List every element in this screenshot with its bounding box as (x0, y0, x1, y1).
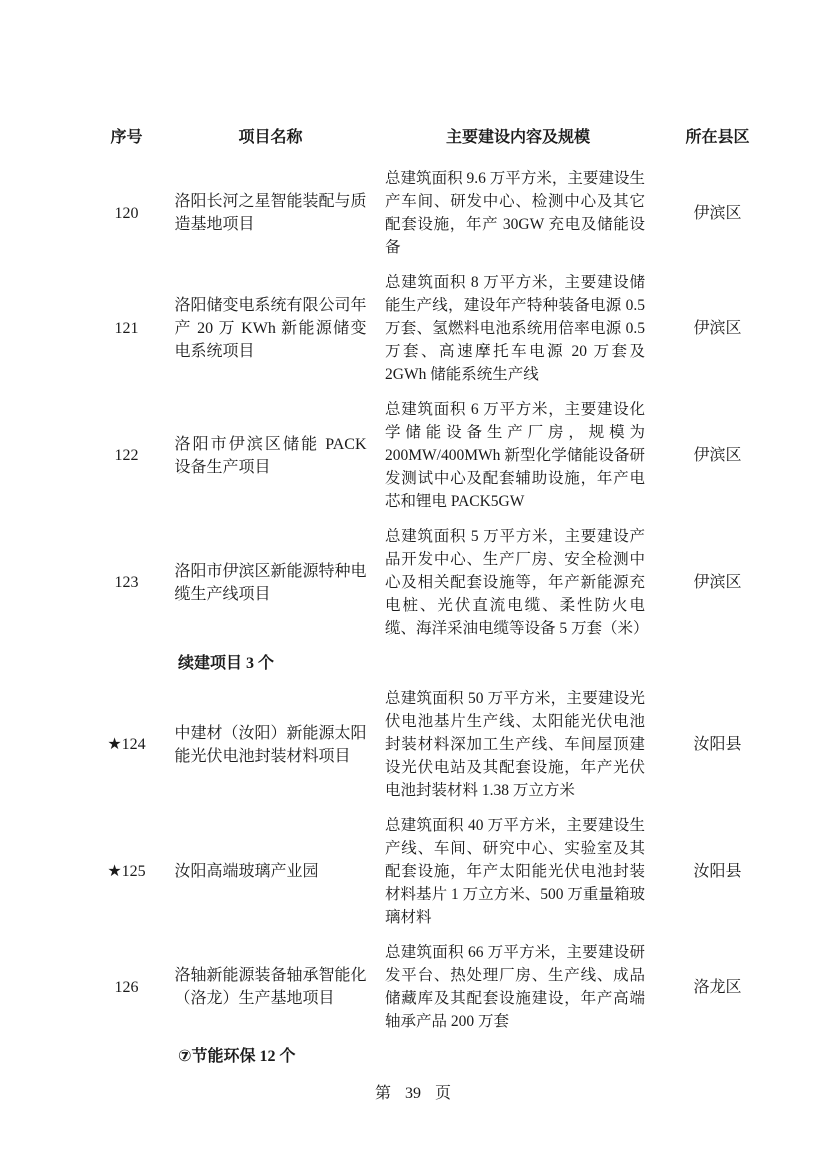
row-number-starred: ★125 (85, 860, 168, 883)
construction-content: 总建筑面积 6 万平方米，主要建设化学储能设备生产厂房，规模为 200MW/40… (373, 398, 645, 513)
table-header-construction-content: 主要建设内容及规模 (373, 126, 663, 149)
row-number: 120 (85, 202, 168, 225)
project-name: 洛阳市伊滨区储能 PACK 设备生产项目 (168, 433, 373, 479)
construction-content: 总建筑面积 5 万平方米，主要建设产品开发中心、生产厂房、安全检测中心及相关配套… (373, 525, 645, 640)
project-name: 洛阳市伊滨区新能源特种电缆生产线项目 (168, 560, 373, 606)
table-row: ★124 中建材（汝阳）新能源太阳能光伏电池封装材料项目 总建筑面积 50 万平… (85, 687, 772, 802)
project-name: 洛阳长河之星智能装配与质造基地项目 (168, 190, 373, 236)
row-number-starred: ★124 (85, 733, 168, 756)
table-row: 123 洛阳市伊滨区新能源特种电缆生产线项目 总建筑面积 5 万平方米，主要建设… (85, 525, 772, 640)
document-page: 序号 项目名称 主要建设内容及规模 所在县区 120 洛阳长河之星智能装配与质造… (0, 0, 826, 1169)
project-name-text: 中建材（汝阳）新能源太阳能光伏电池封装材料项目 (175, 722, 367, 768)
table-row: 121 洛阳储变电系统有限公司年产 20 万 KWh 新能源储变电系统项目 总建… (85, 271, 772, 386)
construction-content: 总建筑面积 66 万平方米，主要建设研发平台、热处理厂房、生产线、成品储藏库及其… (373, 941, 645, 1033)
table-row: 126 洛轴新能源装备轴承智能化（洛龙）生产基地项目 总建筑面积 66 万平方米… (85, 941, 772, 1033)
county: 洛龙区 (663, 976, 772, 999)
construction-content: 总建筑面积 40 万平方米，主要建设生产线、车间、研究中心、实验室及其配套设施，… (373, 814, 645, 929)
project-name-text: 洛阳市伊滨区新能源特种电缆生产线项目 (175, 560, 367, 606)
project-name-text: 洛阳储变电系统有限公司年产 20 万 KWh 新能源储变电系统项目 (175, 294, 367, 363)
construction-content: 总建筑面积 8 万平方米，主要建设储能生产线，建设年产特种装备电源 0.5 万套… (373, 271, 645, 386)
table-header-project-name: 项目名称 (168, 126, 373, 149)
county: 汝阳县 (663, 860, 772, 883)
table-header-county: 所在县区 (663, 126, 772, 149)
project-name: 洛阳储变电系统有限公司年产 20 万 KWh 新能源储变电系统项目 (168, 294, 373, 363)
table-header-row: 序号 项目名称 主要建设内容及规模 所在县区 (85, 126, 772, 149)
county: 伊滨区 (663, 571, 772, 594)
project-name-text: 汝阳高端玻璃产业园 (175, 860, 367, 883)
project-name: 洛轴新能源装备轴承智能化（洛龙）生产基地项目 (168, 964, 373, 1010)
table-row: 120 洛阳长河之星智能装配与质造基地项目 总建筑面积 9.6 万平方米，主要建… (85, 167, 772, 259)
county: 汝阳县 (663, 733, 772, 756)
project-name-text: 洛阳市伊滨区储能 PACK 设备生产项目 (175, 433, 367, 479)
table-row: 122 洛阳市伊滨区储能 PACK 设备生产项目 总建筑面积 6 万平方米，主要… (85, 398, 772, 513)
section-heading-continued-projects: 续建项目 3 个 (178, 652, 772, 675)
project-name-text: 洛轴新能源装备轴承智能化（洛龙）生产基地项目 (175, 964, 367, 1010)
section-heading-energy-saving: ⑦节能环保 12 个 (178, 1045, 772, 1068)
table-header-serial: 序号 (85, 126, 168, 149)
project-name: 汝阳高端玻璃产业园 (168, 860, 373, 883)
county: 伊滨区 (663, 444, 772, 467)
row-number: 123 (85, 571, 168, 594)
project-name-text: 洛阳长河之星智能装配与质造基地项目 (175, 190, 367, 236)
row-number: 121 (85, 317, 168, 340)
table-row: ★125 汝阳高端玻璃产业园 总建筑面积 40 万平方米，主要建设生产线、车间、… (85, 814, 772, 929)
construction-content: 总建筑面积 50 万平方米，主要建设光伏电池基片生产线、太阳能光伏电池封装材料深… (373, 687, 645, 802)
project-name: 中建材（汝阳）新能源太阳能光伏电池封装材料项目 (168, 722, 373, 768)
page-number: 第 39 页 (0, 1082, 826, 1105)
row-number: 122 (85, 444, 168, 467)
county: 伊滨区 (663, 317, 772, 340)
county: 伊滨区 (663, 202, 772, 225)
project-table: 序号 项目名称 主要建设内容及规模 所在县区 120 洛阳长河之星智能装配与质造… (85, 126, 772, 1080)
row-number: 126 (85, 976, 168, 999)
construction-content: 总建筑面积 9.6 万平方米，主要建设生产车间、研发中心、检测中心及其它配套设施… (373, 167, 645, 259)
